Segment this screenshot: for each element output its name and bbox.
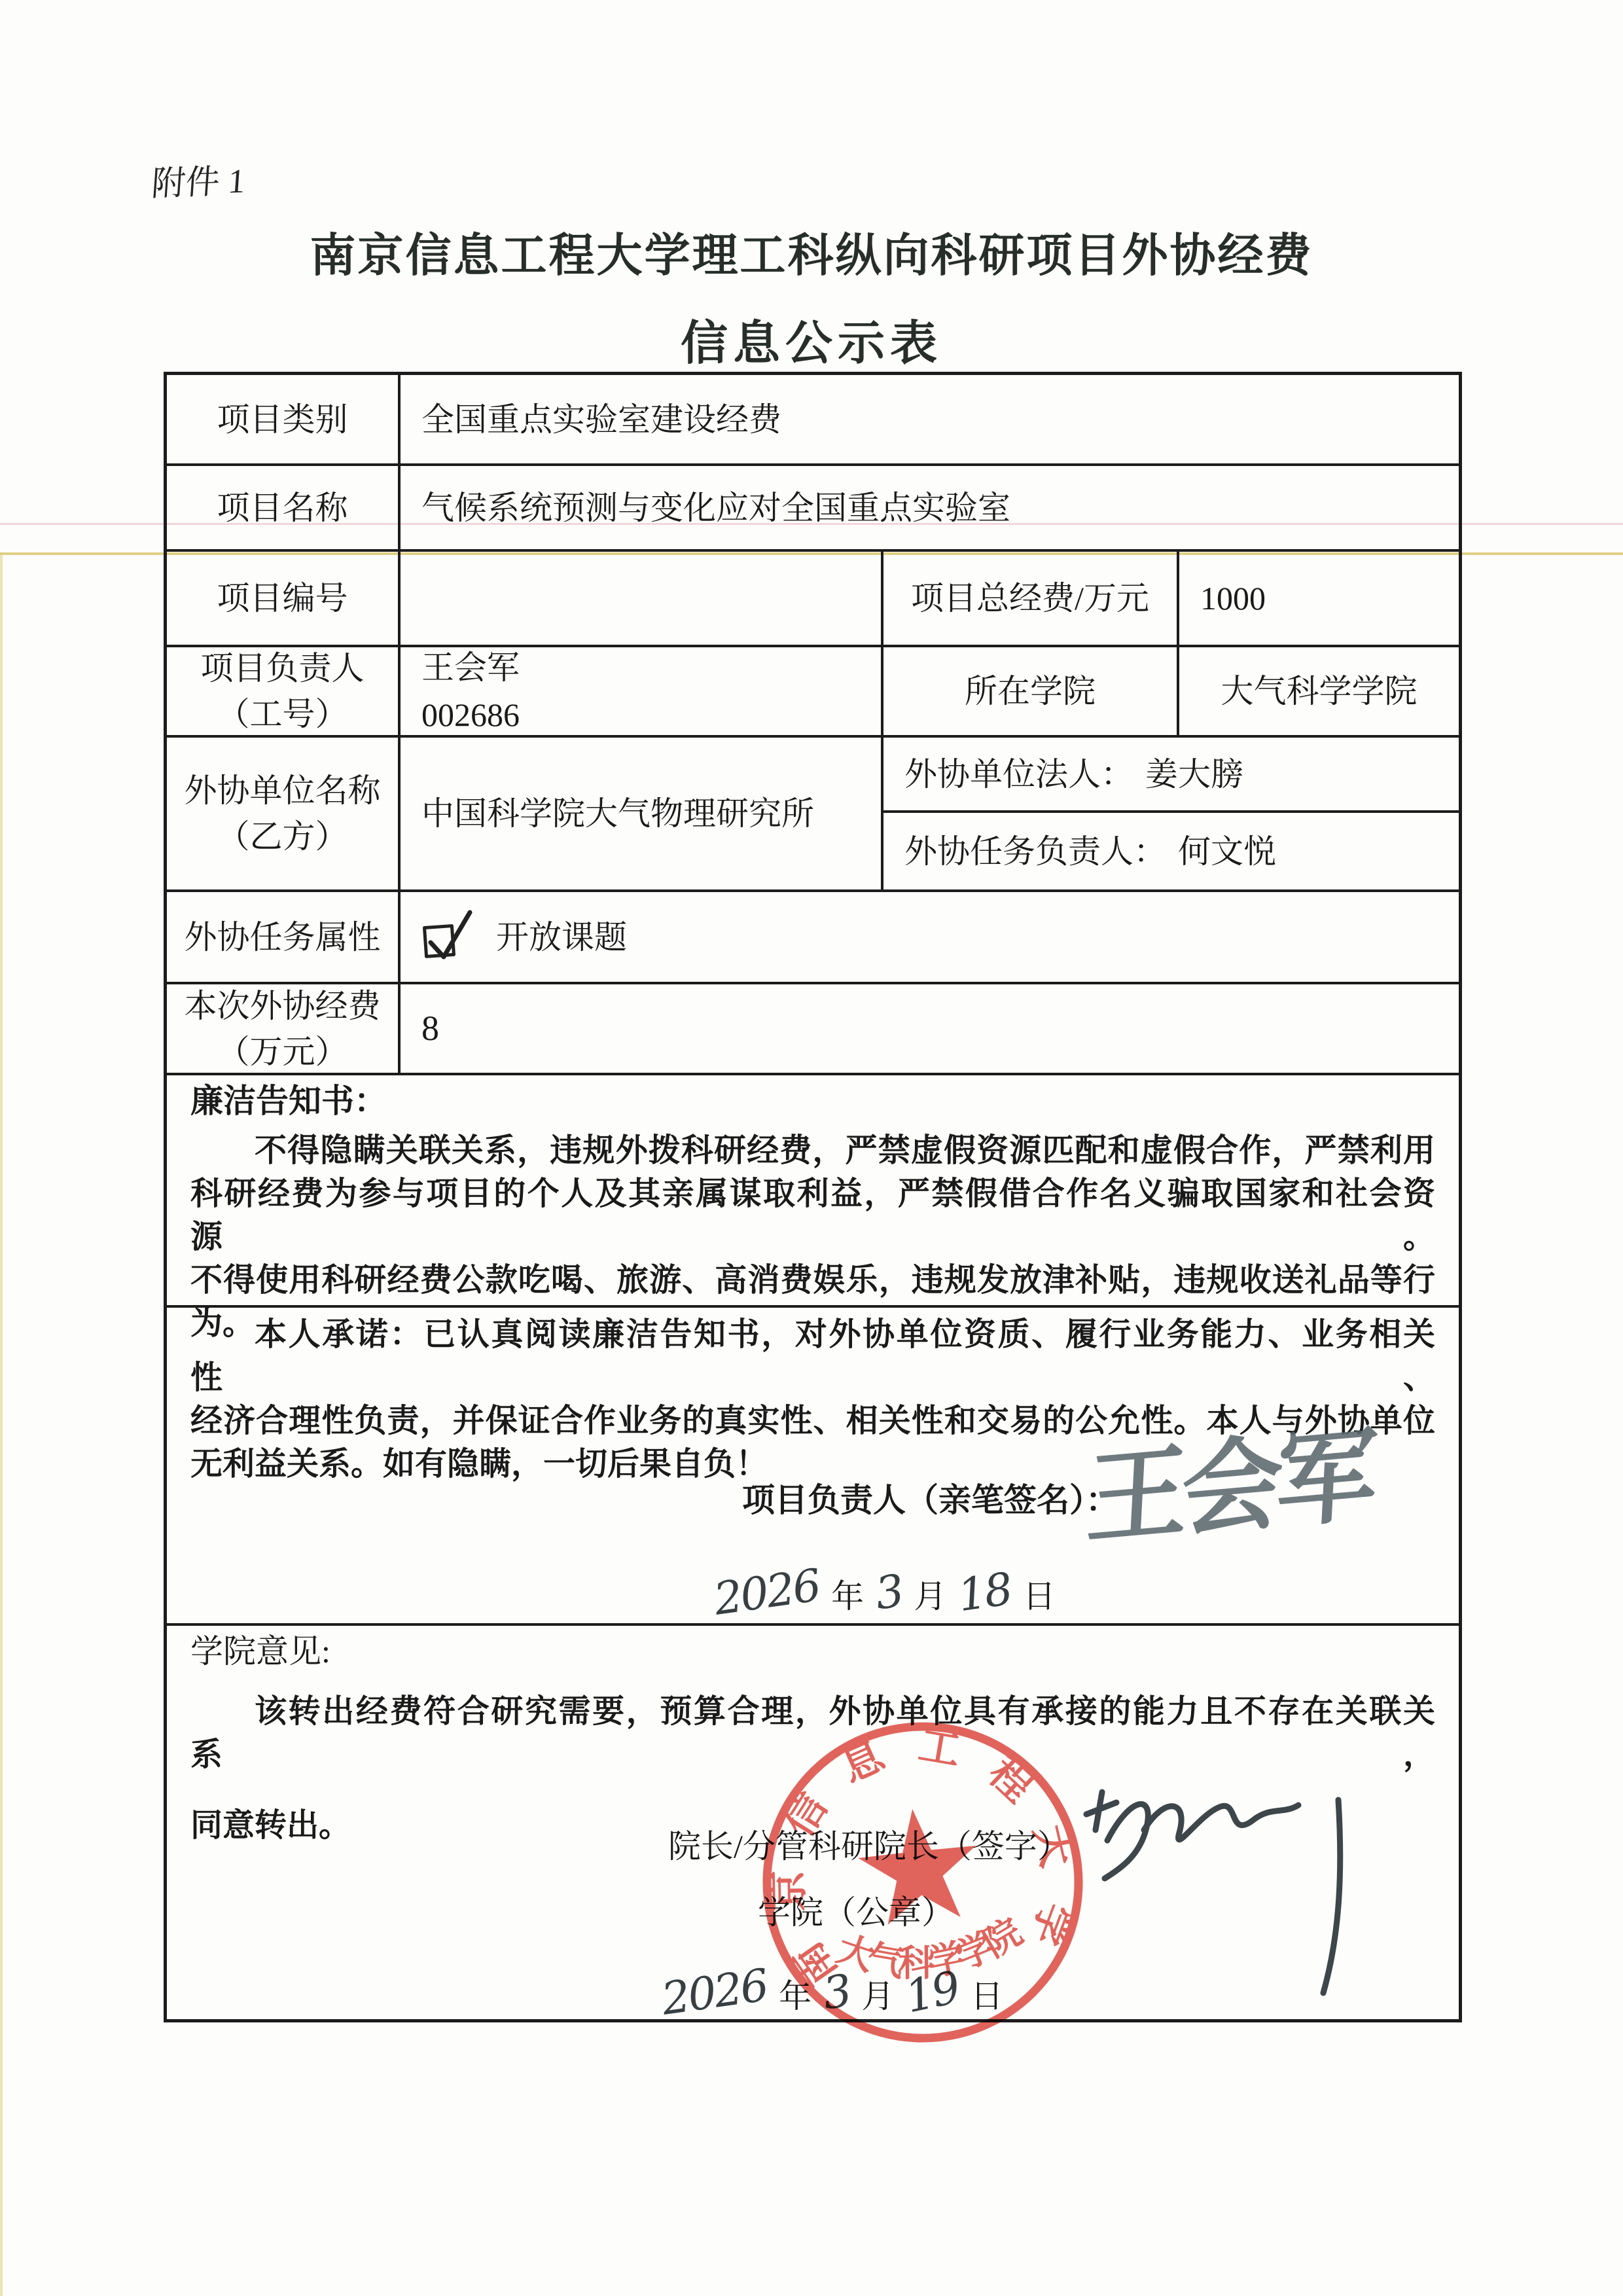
integrity-notice-heading: 廉洁告知书： [190, 1081, 1435, 1121]
legal-person-row: 外协单位法人： 姜大膀 [883, 738, 1459, 813]
outsourcing-funds-label-line1: 本次外协经费 [185, 983, 381, 1029]
outsourcing-funds-value: 8 [401, 984, 1459, 1075]
commitment-line1: 本人承诺：已认真阅读廉洁告知书，对外协单位资质、履行业务能力、业务相关性、 [190, 1313, 1435, 1399]
college-opinion-heading: 学院意见: [190, 1631, 1435, 1672]
outsourcing-funds-label: 本次外协经费 （万元） [167, 984, 401, 1075]
project-leader-value: 王会军 002686 [401, 647, 883, 738]
college-value: 大气科学学院 [1179, 647, 1459, 738]
project-category-value: 全国重点实验室建设经费 [401, 375, 1459, 466]
commitment-section: 本人承诺：已认真阅读廉洁告知书，对外协单位资质、履行业务能力、业务相关性、 经济… [167, 1308, 1459, 1626]
project-leader-label-line2: （工号） [217, 691, 348, 737]
page-title-line2: 信息公示表 [0, 305, 1623, 373]
leader-handwritten-signature: 王会军 [1083, 1405, 1374, 1573]
stamp-college-text: 大气科学学院 [828, 1910, 1032, 1995]
project-leader-label-line1: 项目负责人 [201, 645, 365, 691]
day-unit: 日 [1023, 1573, 1056, 1619]
total-funds-label: 项目总经费/万元 [883, 552, 1179, 647]
task-attribute-value: 开放课题 [401, 892, 1459, 984]
task-attribute-label: 外协任务属性 [167, 892, 401, 984]
integrity-notice-section: 廉洁告知书： 不得隐瞒关联关系，违规外拨科研经费，严禁虚假资源匹配和虚假合作，严… [167, 1075, 1459, 1308]
project-name-label: 项目名称 [167, 466, 401, 552]
outsourcing-unit-label-line2: （乙方） [217, 814, 348, 859]
year-unit: 年 [831, 1573, 864, 1619]
task-leader-row: 外协任务负责人： 何文悦 [883, 813, 1459, 892]
commitment-date-year: 2026 [710, 1554, 823, 1631]
project-leader-name: 王会军 [421, 644, 520, 692]
month-unit: 月 [914, 1573, 946, 1619]
commitment-date: 2026 年 3 月 18 日 [710, 1562, 1063, 1624]
commitment-date-month: 3 [872, 1560, 906, 1626]
outsourcing-funds-label-line2: （万元） [217, 1029, 348, 1075]
total-funds-value: 1000 [1179, 552, 1459, 647]
integrity-notice-line3: 不得使用科研经费公款吃喝、旅游、高消费娱乐，违规发放津补贴，违规收送礼品等行 [190, 1259, 1435, 1302]
leader-sign-label: 项目负责人（亲笔签名）： [742, 1477, 1118, 1523]
task-leader-value: 何文悦 [1178, 829, 1276, 874]
college-label: 所在学院 [883, 647, 1179, 738]
integrity-notice-line1: 不得隐瞒关联关系，违规外拨科研经费，严禁虚假资源匹配和虚假合作，严禁利用 [190, 1129, 1435, 1172]
project-leader-id: 002686 [421, 691, 520, 739]
project-number-value [401, 552, 883, 647]
outsourcing-unit-label-line1: 外协单位名称 [185, 768, 381, 814]
page-title-line1: 南京信息工程大学理工科纵向科研项目外协经费 [0, 219, 1623, 285]
checkbox-open-topic: 开放课题 [418, 907, 627, 967]
scan-artifact-yellow-edge [0, 552, 3, 2296]
legal-person-value: 姜大膀 [1145, 751, 1243, 797]
outsourcing-unit-label: 外协单位名称 （乙方） [167, 738, 401, 892]
document-page: 附件 1 南京信息工程大学理工科纵向科研项目外协经费 信息公示表 项目类别 全国… [0, 0, 1623, 2296]
project-number-label: 项目编号 [167, 552, 401, 647]
outsourcing-unit-value: 中国科学院大气物理研究所 [401, 738, 883, 892]
college-official-stamp: 南京信息工程大学 大气科学学院 [746, 1706, 1099, 2059]
task-attribute-option: 开放课题 [496, 914, 627, 960]
svg-text:大气科学学院: 大气科学学院 [828, 1910, 1032, 1995]
stamp-star-icon [853, 1803, 983, 1928]
project-category-label: 项目类别 [167, 375, 401, 466]
checked-checkbox-icon [418, 907, 490, 967]
attachment-label: 附件 1 [150, 152, 247, 205]
project-leader-label: 项目负责人 （工号） [167, 647, 401, 738]
commitment-date-day: 18 [954, 1558, 1015, 1627]
legal-person-label: 外协单位法人： [904, 751, 1133, 797]
project-name-value: 气候系统预测与变化应对全国重点实验室 [401, 466, 1459, 552]
task-leader-label: 外协任务负责人： [904, 829, 1166, 874]
dean-handwritten-signature [1067, 1767, 1394, 2016]
integrity-notice-line2: 科研经费为参与项目的个人及其亲属谋取利益，严禁假借合作名义骗取国家和社会资源。 [190, 1172, 1435, 1259]
